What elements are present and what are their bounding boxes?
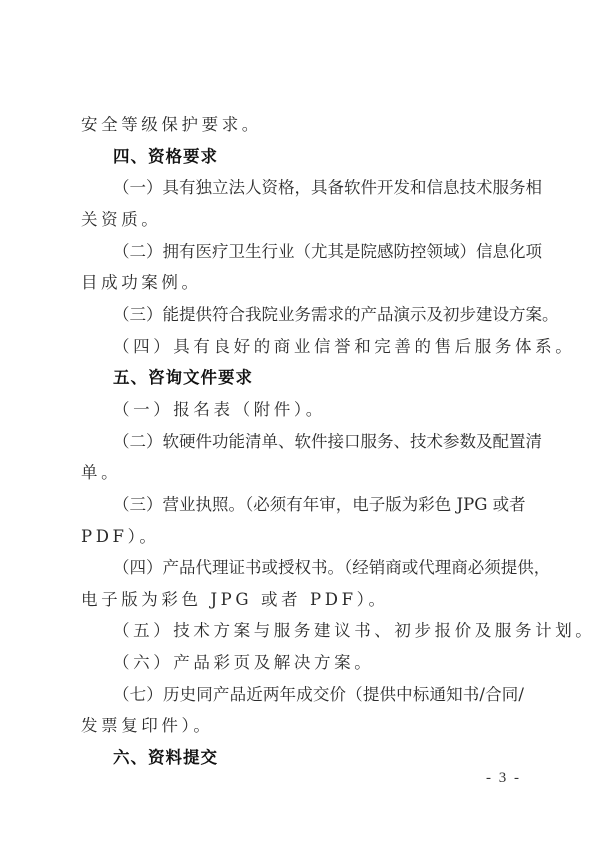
text-line-continuation: 目成功案例。 [81,272,524,294]
text-line-continuation: 单。 [81,462,524,484]
list-item-line: （四）产品代理证书或授权书。（经销商或代理商必须提供， [113,557,524,579]
section-heading-material-submission: 六、资料提交 [113,747,524,769]
list-item-line: （七）历史同产品近两年成交价（提供中标通知书/合同/ [113,684,524,706]
list-item-line: （三）能提供符合我院业务需求的产品演示及初步建设方案。 [113,304,524,326]
list-item-line: （一）具有独立法人资格，具备软件开发和信息技术服务相 [113,177,524,199]
list-item-line: （三）营业执照。（必须有年审，电子版为彩色 JPG 或者 [113,494,524,516]
text-line-continuation: PDF）。 [81,526,524,548]
text-line-continuation: 安全等级保护要求。 [81,114,524,136]
list-item-line: （五）技术方案与服务建议书、初步报价及服务计划。 [113,620,524,642]
text-line-continuation: 关资质。 [81,209,524,231]
list-item-line: （二）软硬件功能清单、软件接口服务、技术参数及配置清 [113,431,524,453]
list-item-line: （一）报名表（附件）。 [113,399,524,421]
list-item-line: （二）拥有医疗卫生行业（尤其是院感防控领域）信息化项 [113,241,524,263]
text-line-continuation: 发票复印件）。 [81,715,524,737]
page-number: - 3 - [486,770,521,787]
section-heading-qualifications: 四、资格要求 [113,146,524,168]
list-item-line: （四）具有良好的商业信誉和完善的售后服务体系。 [113,336,524,358]
list-item-line: （六）产品彩页及解决方案。 [113,652,524,674]
text-line-continuation: 电子版为彩色 JPG 或者 PDF）。 [81,589,524,611]
section-heading-consultation-documents: 五、咨询文件要求 [113,367,524,389]
document-page: 安全等级保护要求。 四、资格要求 （一）具有独立法人资格，具备软件开发和信息技术… [0,0,600,849]
